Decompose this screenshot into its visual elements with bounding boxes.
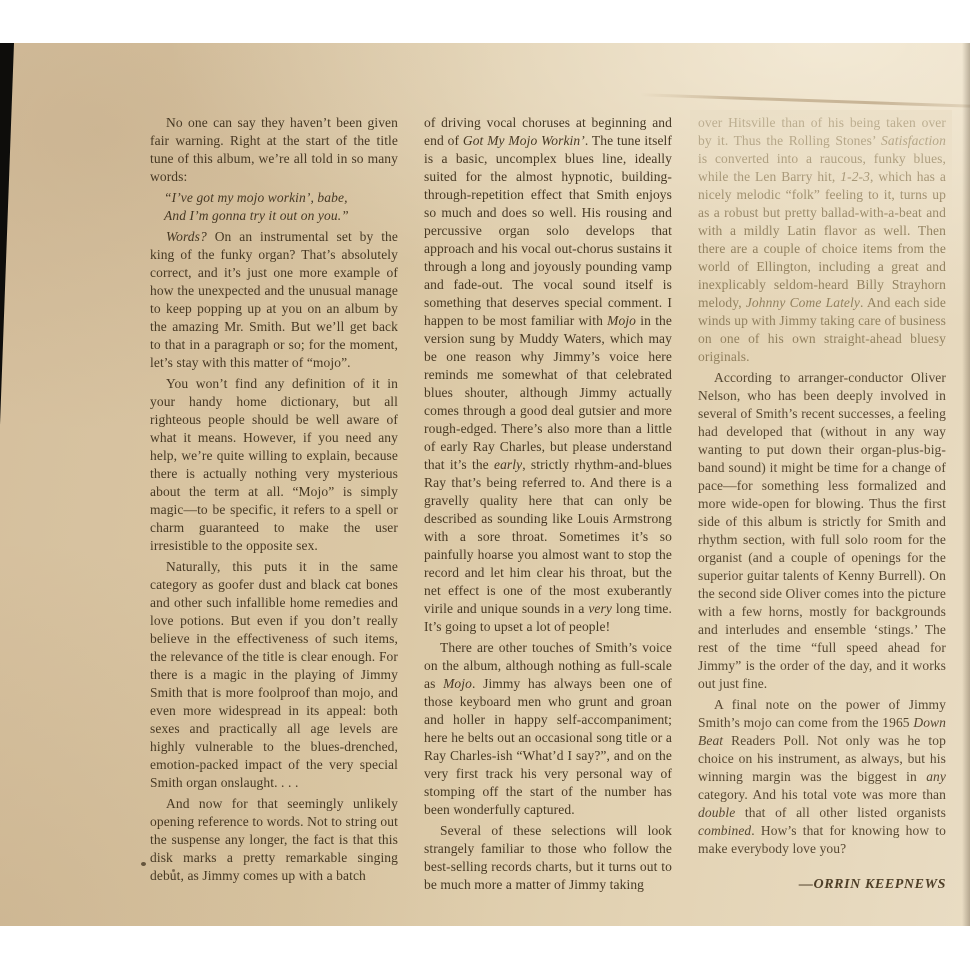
italic-text: early [494,457,522,472]
italic-text: Mojo [443,676,472,691]
text: category. And his total vote was more th… [698,787,946,802]
paper-crease-line [640,93,970,108]
italic-text: very [588,601,612,616]
text: According to arranger-conductor Oliver N… [698,370,946,691]
italic-text: Satisfaction [881,133,946,148]
text: On an instrumental set by the king of th… [150,229,398,370]
paragraph: over Hitsville than of his being taken o… [698,114,946,366]
text: Readers Poll. Not only was he top choice… [698,733,946,784]
right-edge-shadow [962,43,970,926]
text: A final note on the power of Jimmy Smith… [698,697,946,730]
text: in the version sung by Muddy Waters, whi… [424,313,672,472]
paragraph: And now for that seemingly unlikely open… [150,795,398,885]
text: , which has a nicely melodic “folk” feel… [698,169,946,310]
italic-text: Mojo [607,313,636,328]
text: You won’t find any definition of it in y… [150,376,398,553]
paragraph: of driving vocal choruses at beginning a… [424,114,672,636]
italic-text: combined [698,823,751,838]
paragraph: A final note on the power of Jimmy Smith… [698,696,946,858]
text: Several of these selections will look st… [424,823,672,892]
liner-notes-column-2: of driving vocal choruses at beginning a… [424,114,672,897]
paragraph: You won’t find any definition of it in y… [150,375,398,555]
paragraph: There are other touches of Smith’s voice… [424,639,672,819]
italic-text: Words? [166,229,207,244]
paragraph: Words? On an instrumental set by the kin… [150,228,398,372]
text: No one can say they haven’t been given f… [150,115,398,184]
italic-text: And I’m gonna try it out on you.” [164,208,349,223]
paragraph: “I’ve got my mojo workin’, babe,And I’m … [164,189,398,225]
italic-text: any [926,769,946,784]
text: that of all other listed organists [735,805,946,820]
italic-text: Got My Mojo Workin’ [463,133,585,148]
paragraph: Naturally, this puts it in the same cate… [150,558,398,792]
text: . Jimmy has always been one of those key… [424,676,672,817]
liner-notes-column-3: over Hitsville than of his being taken o… [698,114,946,897]
liner-notes-column-1: No one can say they haven’t been given f… [150,114,398,897]
paragraph: According to arranger-conductor Oliver N… [698,369,946,693]
italic-text: “I’ve got my mojo workin’, babe, [164,190,348,205]
italic-text: double [698,805,735,820]
text: And now for that seemingly unlikely open… [150,796,398,883]
ink-speck [141,862,146,866]
text: . The tune itself is a basic, uncomplex … [424,133,672,328]
paragraph: Several of these selections will look st… [424,822,672,894]
text: , strictly rhythm-and-blues Ray that’s b… [424,457,672,616]
author-signature: —ORRIN KEEPNEWS [698,876,946,894]
italic-text: Johnny Come Lately [746,295,860,310]
italic-text: 1-2-3 [840,169,870,184]
paragraph: No one can say they haven’t been given f… [150,114,398,186]
liner-notes: No one can say they haven’t been given f… [150,114,946,897]
text: Naturally, this puts it in the same cate… [150,559,398,790]
